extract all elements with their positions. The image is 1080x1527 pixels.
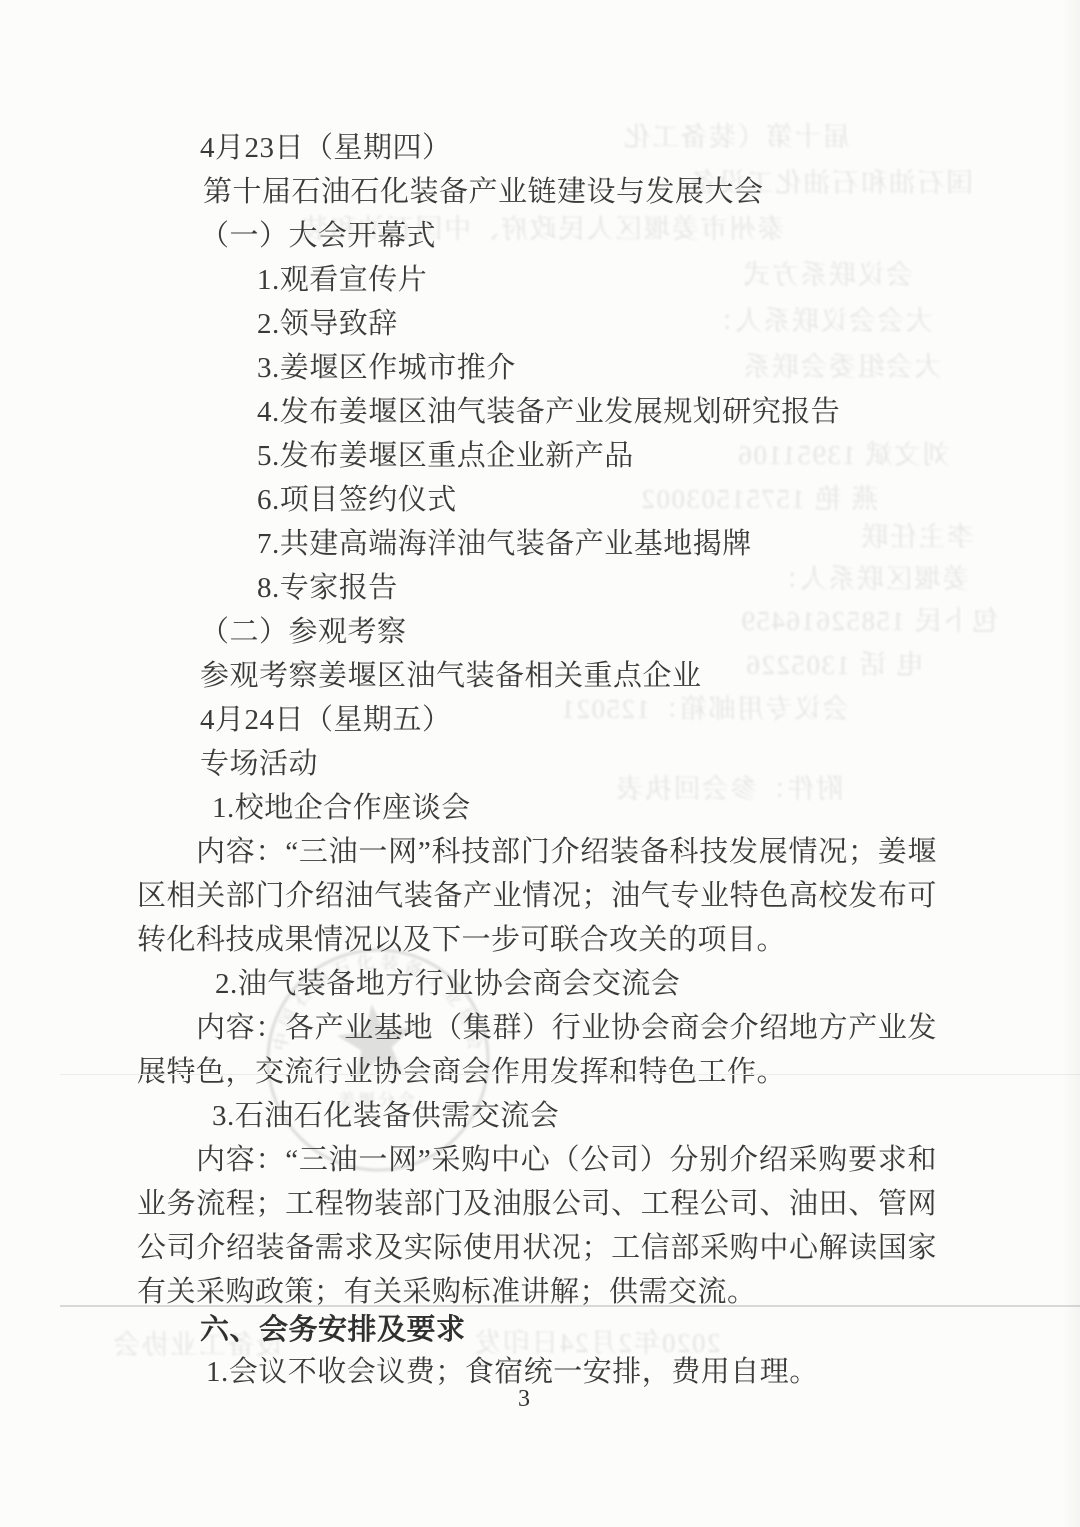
text-line: （一）大会开幕式 <box>200 214 436 258</box>
bleedthrough-line: 姜堰区联系人： <box>770 562 970 596</box>
text-line: 7.共建高端海洋油气装备产业基地揭牌 <box>257 522 752 566</box>
text-line: 专场活动 <box>200 742 318 786</box>
divider-line <box>60 1305 1080 1307</box>
text-line: 5.发布姜堰区重点企业新产品 <box>257 434 634 478</box>
text-line: 2.油气装备地方行业协会商会交流会 <box>215 962 680 1006</box>
content-paragraph: 内容：各产业基地（集群）行业协会商会介绍地方产业发展特色，交流行业协会商会作用发… <box>137 1006 937 1094</box>
text-line: 六、会务安排及要求 <box>200 1308 466 1352</box>
text-line: 3.石油石化装备供需交流会 <box>212 1094 559 1138</box>
text-line: 1.校地企合作座谈会 <box>212 786 471 830</box>
text-line: 4月24日（星期五） <box>200 698 452 742</box>
bleedthrough-line: 会议联系方式 <box>742 258 913 292</box>
bleedthrough-line: 附件：参会回执表 <box>615 772 843 806</box>
bleedthrough-line: 大会会议联系人： <box>705 304 933 338</box>
text-line: 3.姜堰区作城市推介 <box>257 346 516 390</box>
bleedthrough-line: 包卜民 15852616459 <box>740 604 999 638</box>
text-line: 8.专家报告 <box>257 566 398 610</box>
text-line: 2.领导致辞 <box>257 302 398 346</box>
content-paragraph: 内容：“三油一网”科技部门介绍装备科技发展情况；姜堰区相关部门介绍油气装备产业情… <box>137 830 937 962</box>
text-line: 4.发布姜堰区油气装备产业发展规划研究报告 <box>257 390 840 434</box>
bleedthrough-line: 届十第（装备工化 <box>622 120 850 154</box>
text-line: （二）参观考察 <box>200 610 407 654</box>
text-line: 参观考察姜堰区油气装备相关重点企业 <box>200 654 702 698</box>
divider-line <box>60 1074 1080 1075</box>
document-page: 届十第（装备工化国石油和石油化工设备泰州市姜堰区人民政府、中国石油和装会议联系方… <box>0 0 1080 1527</box>
bleedthrough-line: 刘文斌 13951106 <box>737 438 950 472</box>
bleedthrough-line: 大会组委会联系 <box>742 350 942 384</box>
page-number: 3 <box>492 1384 556 1414</box>
bleedthrough-line: 李主任联 <box>860 520 974 554</box>
content-paragraph: 内容：“三油一网”采购中心（公司）分别介绍采购要求和业务流程；工程物装部门及油服… <box>137 1138 937 1314</box>
text-line: 4月23日（星期四） <box>200 126 452 170</box>
text-line: 1.观看宣传片 <box>257 258 427 302</box>
bleedthrough-line: 燕 艳 15751503002 <box>640 482 879 516</box>
text-line: 第十届石油石化装备产业链建设与发展大会 <box>203 170 764 214</box>
text-line: 6.项目签约仪式 <box>257 478 457 522</box>
bleedthrough-line: 电 话 1305226 <box>745 648 924 682</box>
